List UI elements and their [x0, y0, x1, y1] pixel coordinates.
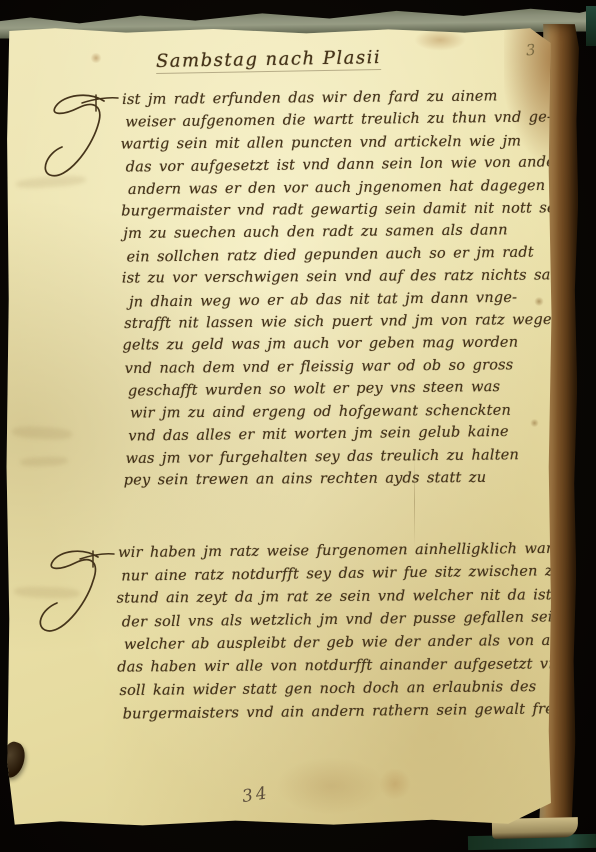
- manuscript-photo: 3 Sambstag nach Plasii Item ist jm radt …: [0, 0, 596, 852]
- table-surface-top: [586, 6, 596, 46]
- archival-number: 34: [241, 783, 271, 807]
- ink-showthrough: [20, 456, 68, 467]
- ink-showthrough: [12, 425, 73, 440]
- foxing-stain: [276, 757, 386, 815]
- folio-number: 3: [525, 41, 536, 60]
- manuscript-line: das haben wir alle von notdurfft ainande…: [117, 653, 567, 679]
- manuscript-line: gelts zu geld was jm auch vor geben mag …: [122, 332, 566, 358]
- manuscript-page: 3 Sambstag nach Plasii Item ist jm radt …: [6, 27, 552, 827]
- item-initial: Item: [38, 85, 122, 205]
- paragraph-2: wir haben jm ratz weise furgenomen ainhe…: [118, 538, 568, 726]
- paragraph-1: ist jm radt erfunden das wir den fard zu…: [122, 85, 568, 493]
- manuscript-line: pey sein trewen an ains rechten ayds sta…: [124, 466, 568, 492]
- item-initial: Item: [34, 539, 118, 659]
- foxing-stain: [378, 769, 412, 799]
- heading-date-line: Sambstag nach Plasii: [156, 47, 382, 74]
- manuscript-line: burgermaister vnd radt gewartig sein dam…: [121, 197, 565, 223]
- foxing-stain: [90, 53, 102, 63]
- manuscript-line: burgermaisters vnd ain andern rathern se…: [123, 698, 568, 726]
- binding-tie: [0, 739, 29, 780]
